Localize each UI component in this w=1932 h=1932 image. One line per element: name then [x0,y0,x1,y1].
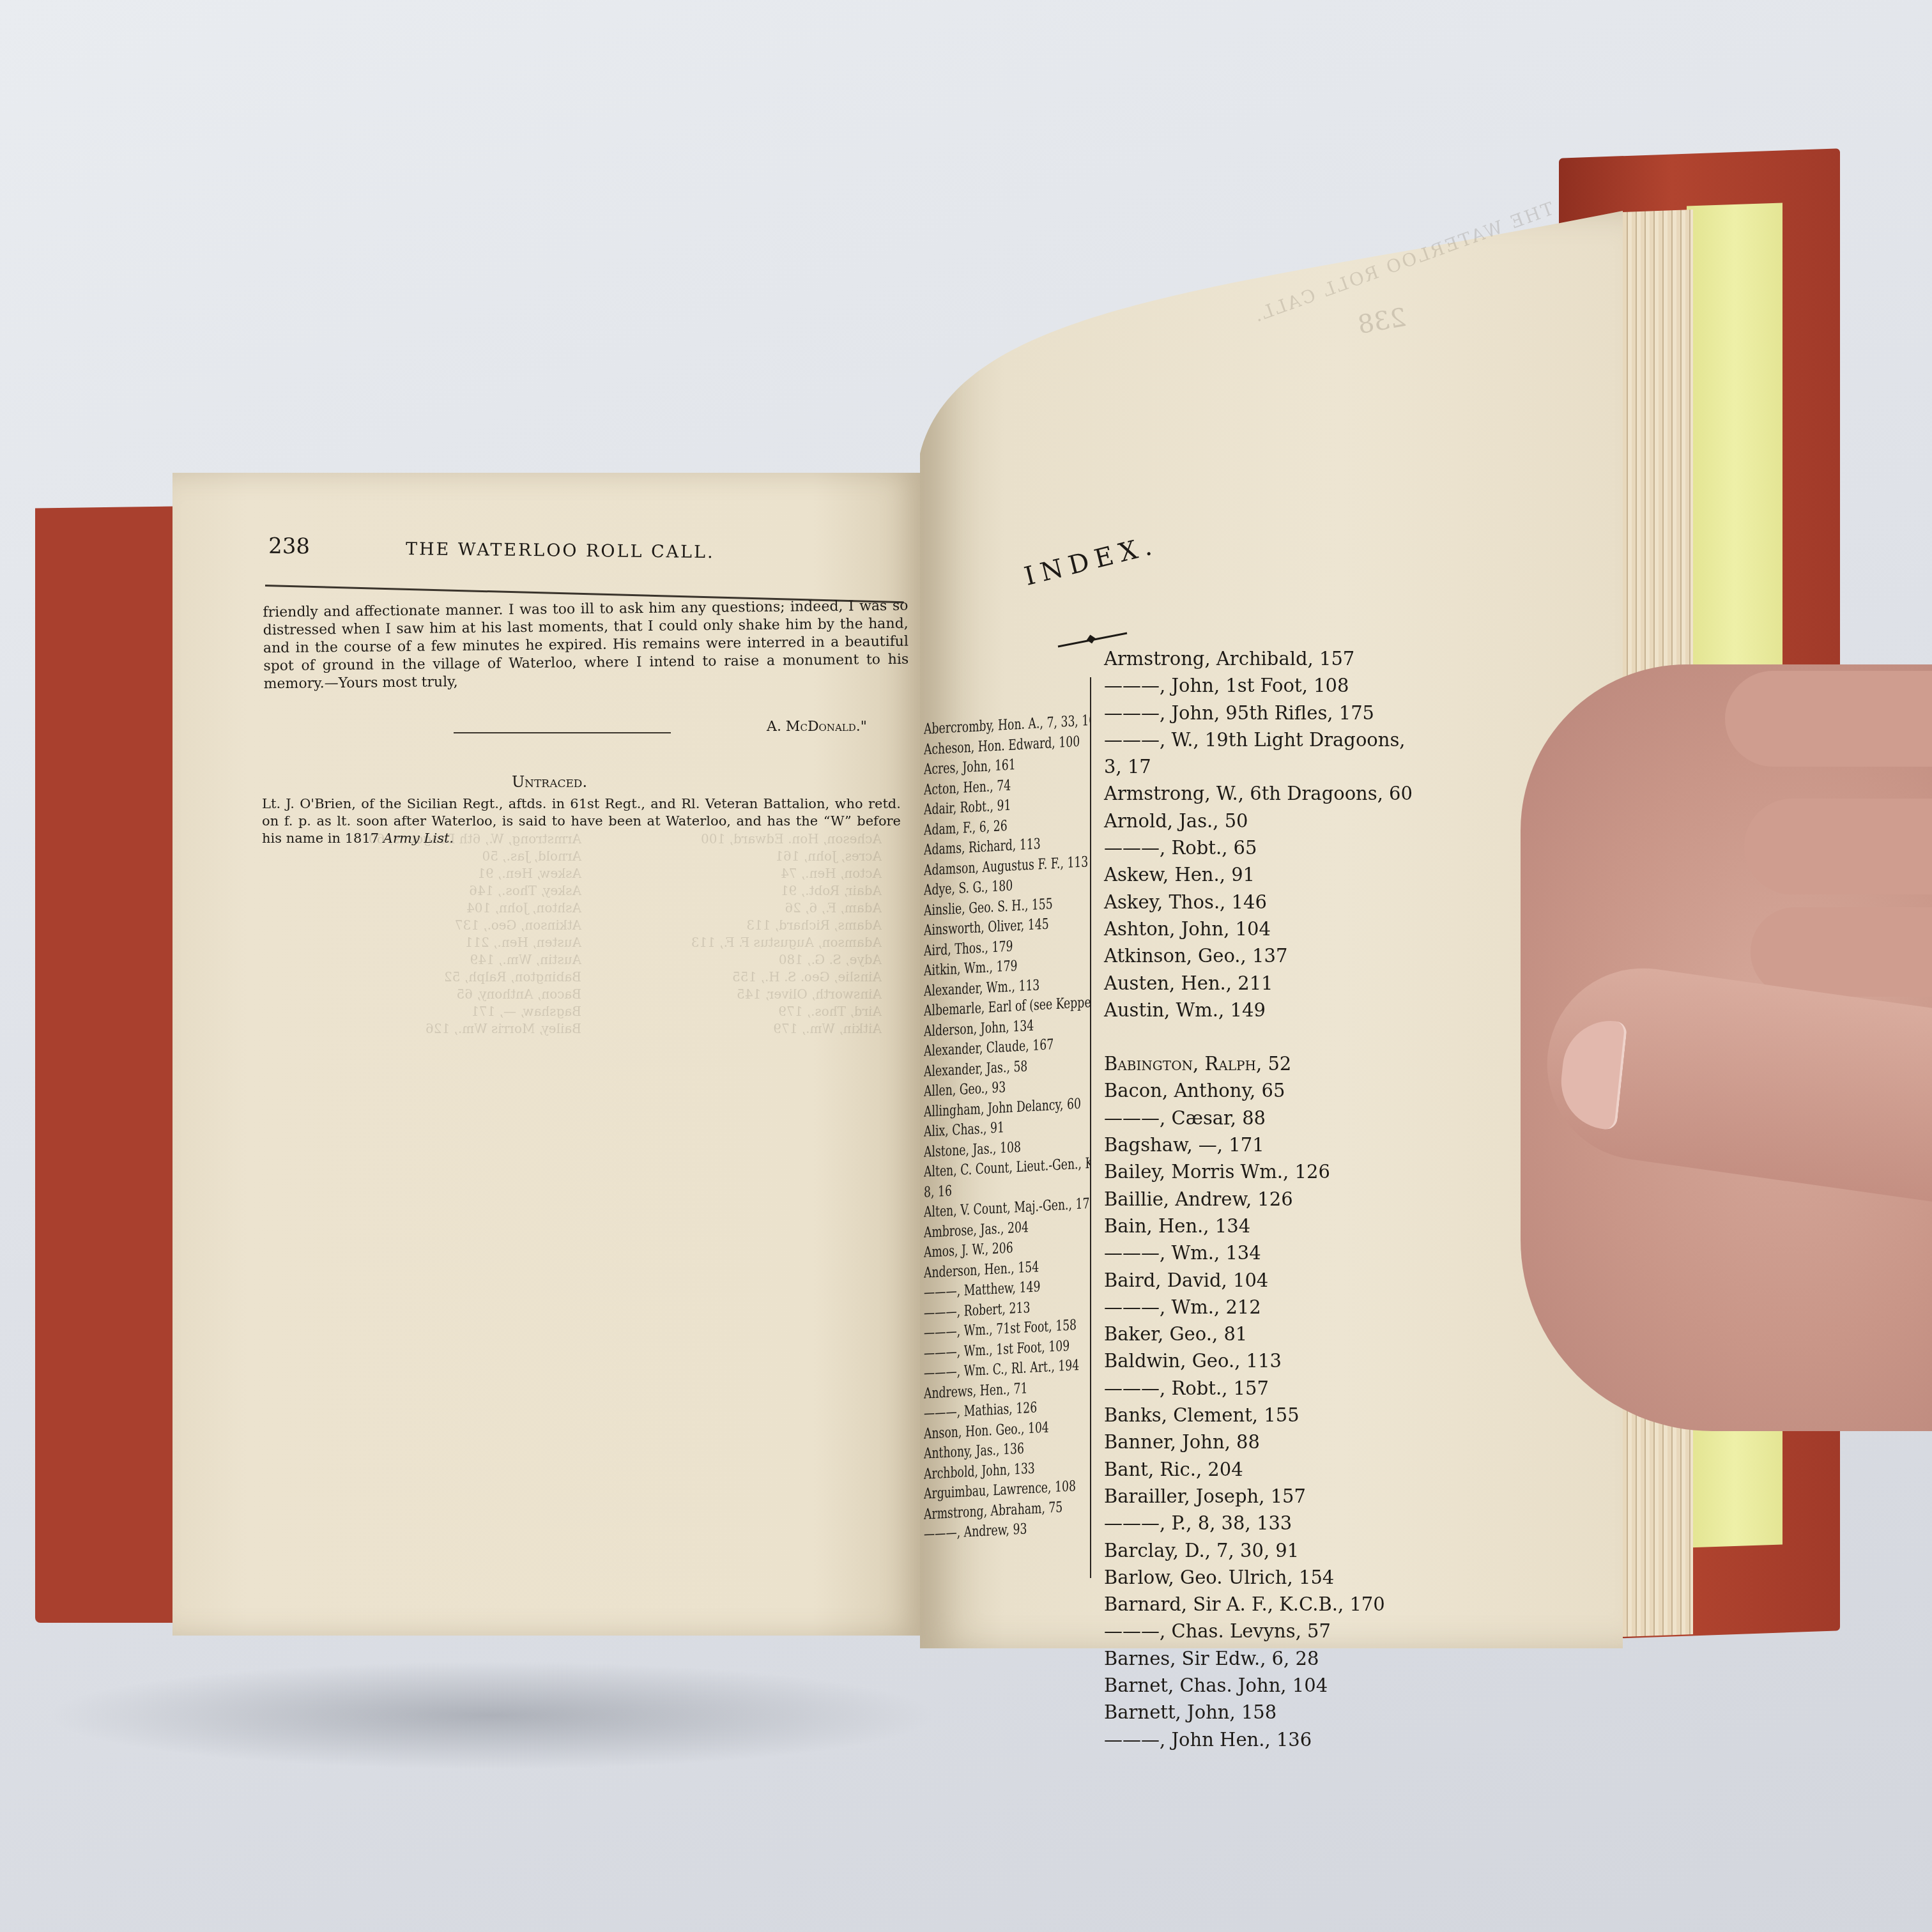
bleed-line: Adamson, Augustus F. F., 113 [620,934,882,951]
index-entry: Barnet, Chas. John, 104 [1104,1672,1551,1699]
index-entry: ———, Chas. Levyns, 57 [1104,1618,1551,1644]
index-entry: Bain, Hen., 134 [1104,1213,1551,1239]
finger [1744,799,1932,894]
index-entry: Baker, Geo., 81 [1104,1321,1551,1347]
index-entry: Austen, Hen., 211 [1104,970,1551,997]
bleed-line: Bailey, Morris Wm., 126 [319,1020,581,1038]
page-header: 238 THE WATERLOO ROLL CALL. [268,533,908,578]
index-entry: ———, P., 8, 38, 133 [1104,1510,1551,1537]
index-entry: Bant, Ric., 204 [1104,1456,1551,1483]
index-entry: Ashton, John, 104 [1104,916,1551,942]
index-entry: ———, John, 95th Rifles, 175 [1104,700,1551,726]
index-entry: Armstrong, W., 6th Dragoons, 60 [1104,780,1551,807]
bleed-line: Atkinson, Geo., 137 [319,917,581,934]
bleed-line: Adair, Robt., 91 [620,882,882,900]
bleed-line: Adam, F., 6, 26 [620,900,882,917]
index-entry: Askey, Thos., 146 [1104,889,1551,916]
index-entry: Baillie, Andrew, 126 [1104,1186,1551,1213]
index-column-right: Armstrong, Archibald, 157———, John, 1st … [1104,645,1551,1753]
bleed-line: Aitkin, Wm., 179 [620,1020,882,1038]
index-entry: ———, W., 19th Light Dragoons, [1104,726,1551,753]
index-entry: ———, Robt., 157 [1104,1375,1551,1402]
bleed-line: Acton, Hen., 74 [620,865,882,882]
bleed-line: Austen, Hen., 211 [319,934,581,951]
index-entry: Babington, Ralph, 52 [1104,1050,1551,1077]
bleed-line: Ainsworth, Oliver, 145 [620,986,882,1003]
index-entry: Austin, Wm., 149 [1104,997,1551,1023]
index-entry: Arnold, Jas., 50 [1104,808,1551,834]
index-entry: Bagshaw, —, 171 [1104,1131,1551,1158]
letter-signature: A. McDonald." [767,719,867,735]
untraced-text: Lt. J. O'Brien, of the Sicilian Regt., a… [262,796,901,846]
index-entry: Bailey, Morris Wm., 126 [1104,1158,1551,1185]
index-entry: ———, John Hen., 136 [1104,1726,1551,1753]
running-head: THE WATERLOO ROLL CALL. [406,539,715,562]
index-entry: Armstrong, Archibald, 157 [1104,645,1551,672]
index-entry: ———, Robt., 65 [1104,834,1551,861]
book-shadow [45,1661,939,1770]
index-entry: Barclay, D., 7, 30, 91 [1104,1537,1551,1564]
index-entry: Baird, David, 104 [1104,1267,1551,1294]
index-entry: Barnes, Sir Edw., 6, 28 [1104,1645,1551,1672]
bleed-line: Adams, Richard, 113 [620,917,882,934]
bleed-line: Askey, Thos., 146 [319,882,581,900]
bleed-line: Babington, Ralph, 52 [319,969,581,986]
column-divider [1090,677,1091,1578]
section-title-untraced: Untraced. [172,773,926,791]
finger [1725,671,1932,767]
index-entry: Barnett, John, 158 [1104,1699,1551,1726]
index-entry: Baldwin, Geo., 113 [1104,1347,1551,1374]
index-entry: ———, Cæsar, 88 [1104,1105,1551,1131]
bleed-line: Acres, John, 161 [620,848,882,865]
bleed-line: Austin, Wm., 149 [319,951,581,969]
index-entry: Banks, Clement, 155 [1104,1402,1551,1429]
page-number: 238 [268,533,310,560]
index-entry: ———, Wm., 134 [1104,1239,1551,1266]
bleed-line: Arnold, Jas., 50 [319,848,581,865]
index-entry: Banner, John, 88 [1104,1429,1551,1455]
index-entry: Barnard, Sir A. F., K.C.B., 170 [1104,1591,1551,1618]
index-entry: Barailler, Joseph, 157 [1104,1483,1551,1510]
index-entry: Bacon, Anthony, 65 [1104,1077,1551,1104]
bleed-line: Aird, Thos., 179 [620,1003,882,1020]
bleed-line: Ainslie, Geo. S. H., 155 [620,969,882,986]
bleed-line: Bacon, Anthony, 65 [319,986,581,1003]
index-entry: Askew, Hen., 91 [1104,861,1551,888]
index-entry: 3, 17 [1104,753,1551,780]
left-page: Acheson, Hon. Edward, 100Acres, John, 16… [172,473,926,1636]
section-divider [454,732,671,733]
index-entry: Atkinson, Geo., 137 [1104,942,1551,969]
index-entry: ———, Wm., 212 [1104,1294,1551,1321]
index-entry: ———, John, 1st Foot, 108 [1104,672,1551,699]
index-column-left: Abercromby, Hon. A., 7, 33, 100Acheson, … [924,711,1090,1545]
bleed-through-text: Acheson, Hon. Edward, 100Acres, John, 16… [319,831,882,1533]
untraced-italic: Army List. [383,831,454,846]
untraced-paragraph: Lt. J. O'Brien, of the Sicilian Regt., a… [262,795,901,847]
finger [1751,907,1932,997]
bleed-line: Adye, S. G., 180 [620,951,882,969]
bleed-line: Ashton, John, 104 [319,900,581,917]
bleed-line: Askew, Hen., 91 [319,865,581,882]
letter-body: friendly and affectionate manner. I was … [263,597,908,694]
index-entry: Barlow, Geo. Ulrich, 154 [1104,1564,1551,1591]
bleed-line: Bagshaw, —, 171 [319,1003,581,1020]
